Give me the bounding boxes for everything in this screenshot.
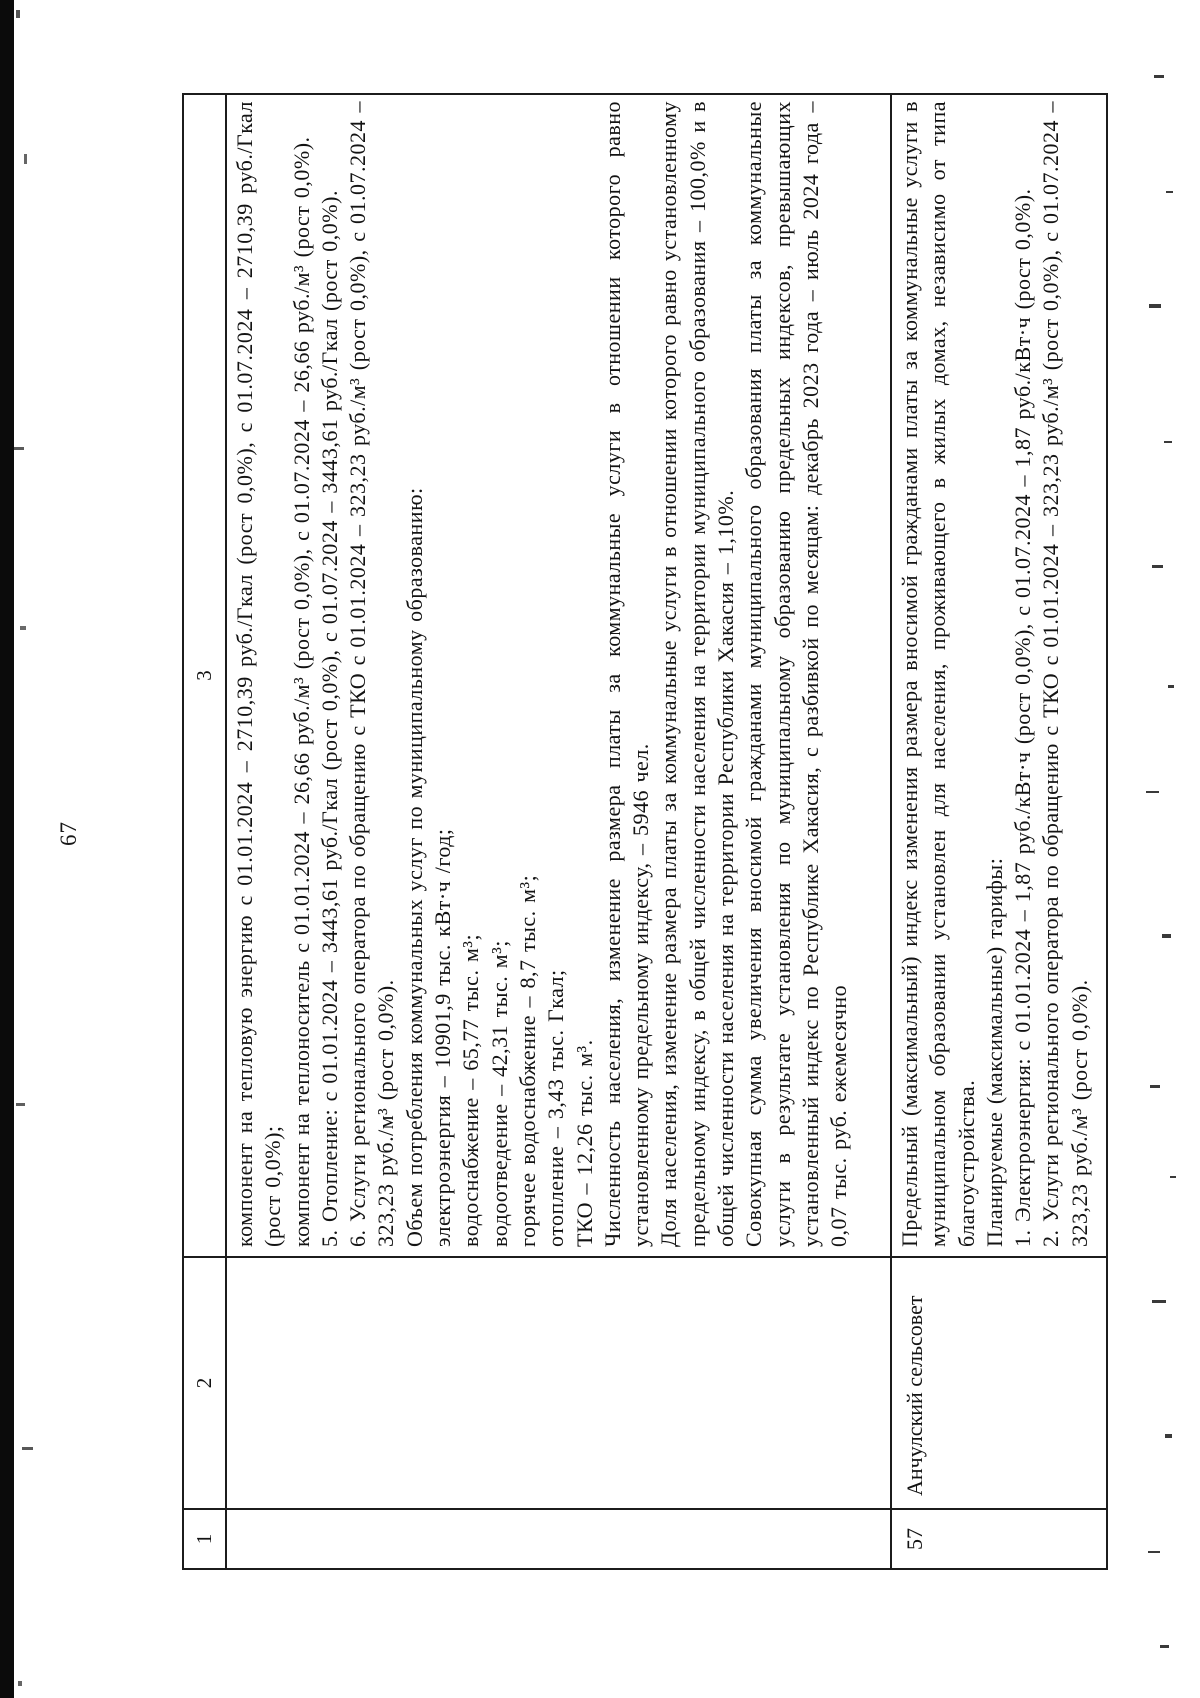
scan-artifact bbox=[20, 626, 26, 630]
paragraph: 5. Отопление: с 01.01.2024 – 3443,61 руб… bbox=[316, 101, 344, 1247]
table-row-continuation: компонент на тепловую энергию с 01.01.20… bbox=[226, 94, 891, 1569]
scan-artifact bbox=[1149, 304, 1161, 308]
scan-artifact bbox=[1165, 1434, 1172, 1438]
scan-artifact bbox=[1168, 685, 1174, 688]
paragraph: 1. Электроэнергия: с 01.01.2024 – 1,87 р… bbox=[1009, 101, 1037, 1247]
scan-artifact bbox=[14, 447, 24, 450]
paragraph: компонент на теплоноситель с 01.01.2024 … bbox=[288, 101, 316, 1247]
cell-details: Предельный (максимальный) индекс изменен… bbox=[891, 94, 1107, 1257]
paragraph: отопление – 3,43 тыс. Гкал; bbox=[542, 101, 570, 1247]
cell-details: компонент на тепловую энергию с 01.01.20… bbox=[226, 94, 891, 1257]
paragraph: электроэнергия – 10901,9 тыс. кВт·ч /год… bbox=[429, 101, 457, 1247]
scan-artifact bbox=[1186, 1598, 1191, 1638]
paragraph: 2. Услуги регионального оператора по обр… bbox=[1037, 101, 1094, 1247]
scan-artifact bbox=[1162, 934, 1171, 938]
scan-artifact bbox=[1150, 1085, 1160, 1088]
scan-artifact bbox=[1154, 75, 1164, 78]
cell-row-number bbox=[226, 1509, 891, 1569]
scan-artifact bbox=[16, 10, 20, 18]
scan-artifact bbox=[1170, 1176, 1176, 1178]
paragraph: горячее водоснабжение – 8,7 тыс. м³; bbox=[514, 101, 542, 1247]
header-cell-col1: 1 bbox=[183, 1509, 226, 1569]
scan-artifact bbox=[22, 1447, 33, 1450]
scan-artifact bbox=[1186, 943, 1190, 998]
paragraph: 6. Услуги регионального оператора по обр… bbox=[344, 101, 401, 1247]
scan-artifact bbox=[1164, 441, 1172, 443]
paragraph: Планируемые (максимальные) тарифы: bbox=[981, 101, 1009, 1247]
paragraph: Совокупная сумма увеличения вносимой гра… bbox=[740, 101, 853, 1247]
header-cell-col3: 3 bbox=[183, 94, 226, 1257]
paragraph: Объем потребления коммунальных услуг по … bbox=[401, 101, 429, 1247]
scan-artifact bbox=[16, 1103, 25, 1106]
cell-row-number: 57 bbox=[891, 1509, 1107, 1569]
scan-artifact bbox=[1187, 364, 1191, 398]
paragraph: Численность населения, изменение размера… bbox=[599, 101, 656, 1247]
scan-artifact bbox=[18, 1681, 22, 1686]
scan-artifact bbox=[1152, 1300, 1166, 1303]
scan-artifact bbox=[1166, 191, 1173, 193]
header-cell-col2: 2 bbox=[183, 1257, 226, 1509]
cell-municipality: Анчулский сельсовет bbox=[891, 1257, 1107, 1509]
paragraph: водоснабжение – 65,77 тыс. м³; bbox=[457, 101, 485, 1247]
cell-municipality bbox=[226, 1257, 891, 1509]
paragraph: Предельный (максимальный) индекс изменен… bbox=[896, 101, 981, 1247]
paragraph: компонент на тепловую энергию с 01.01.20… bbox=[231, 101, 288, 1247]
page-number: 67 bbox=[56, 821, 82, 846]
document-page: 67 1 2 3 компонент на тепловую энергию с… bbox=[0, 0, 1200, 1698]
paragraph: водоотведение – 42,31 тыс. м³; bbox=[486, 101, 514, 1247]
scan-artifact bbox=[1148, 1551, 1160, 1553]
scan-artifact bbox=[1152, 565, 1163, 568]
table-header-row: 1 2 3 bbox=[183, 94, 226, 1569]
scan-edge-strip bbox=[0, 0, 14, 1698]
tariff-table: 1 2 3 компонент на тепловую энергию с 01… bbox=[182, 93, 1108, 1570]
scan-artifact bbox=[1146, 791, 1159, 793]
scan-artifact bbox=[1160, 1645, 1169, 1648]
paragraph: ТКО – 12,26 тыс. м³. bbox=[571, 101, 599, 1247]
table-row-57: 57 Анчулский сельсовет Предельный (макси… bbox=[891, 94, 1107, 1569]
paragraph: Доля населения, изменение размера платы … bbox=[655, 101, 740, 1247]
scan-artifact bbox=[24, 154, 27, 164]
